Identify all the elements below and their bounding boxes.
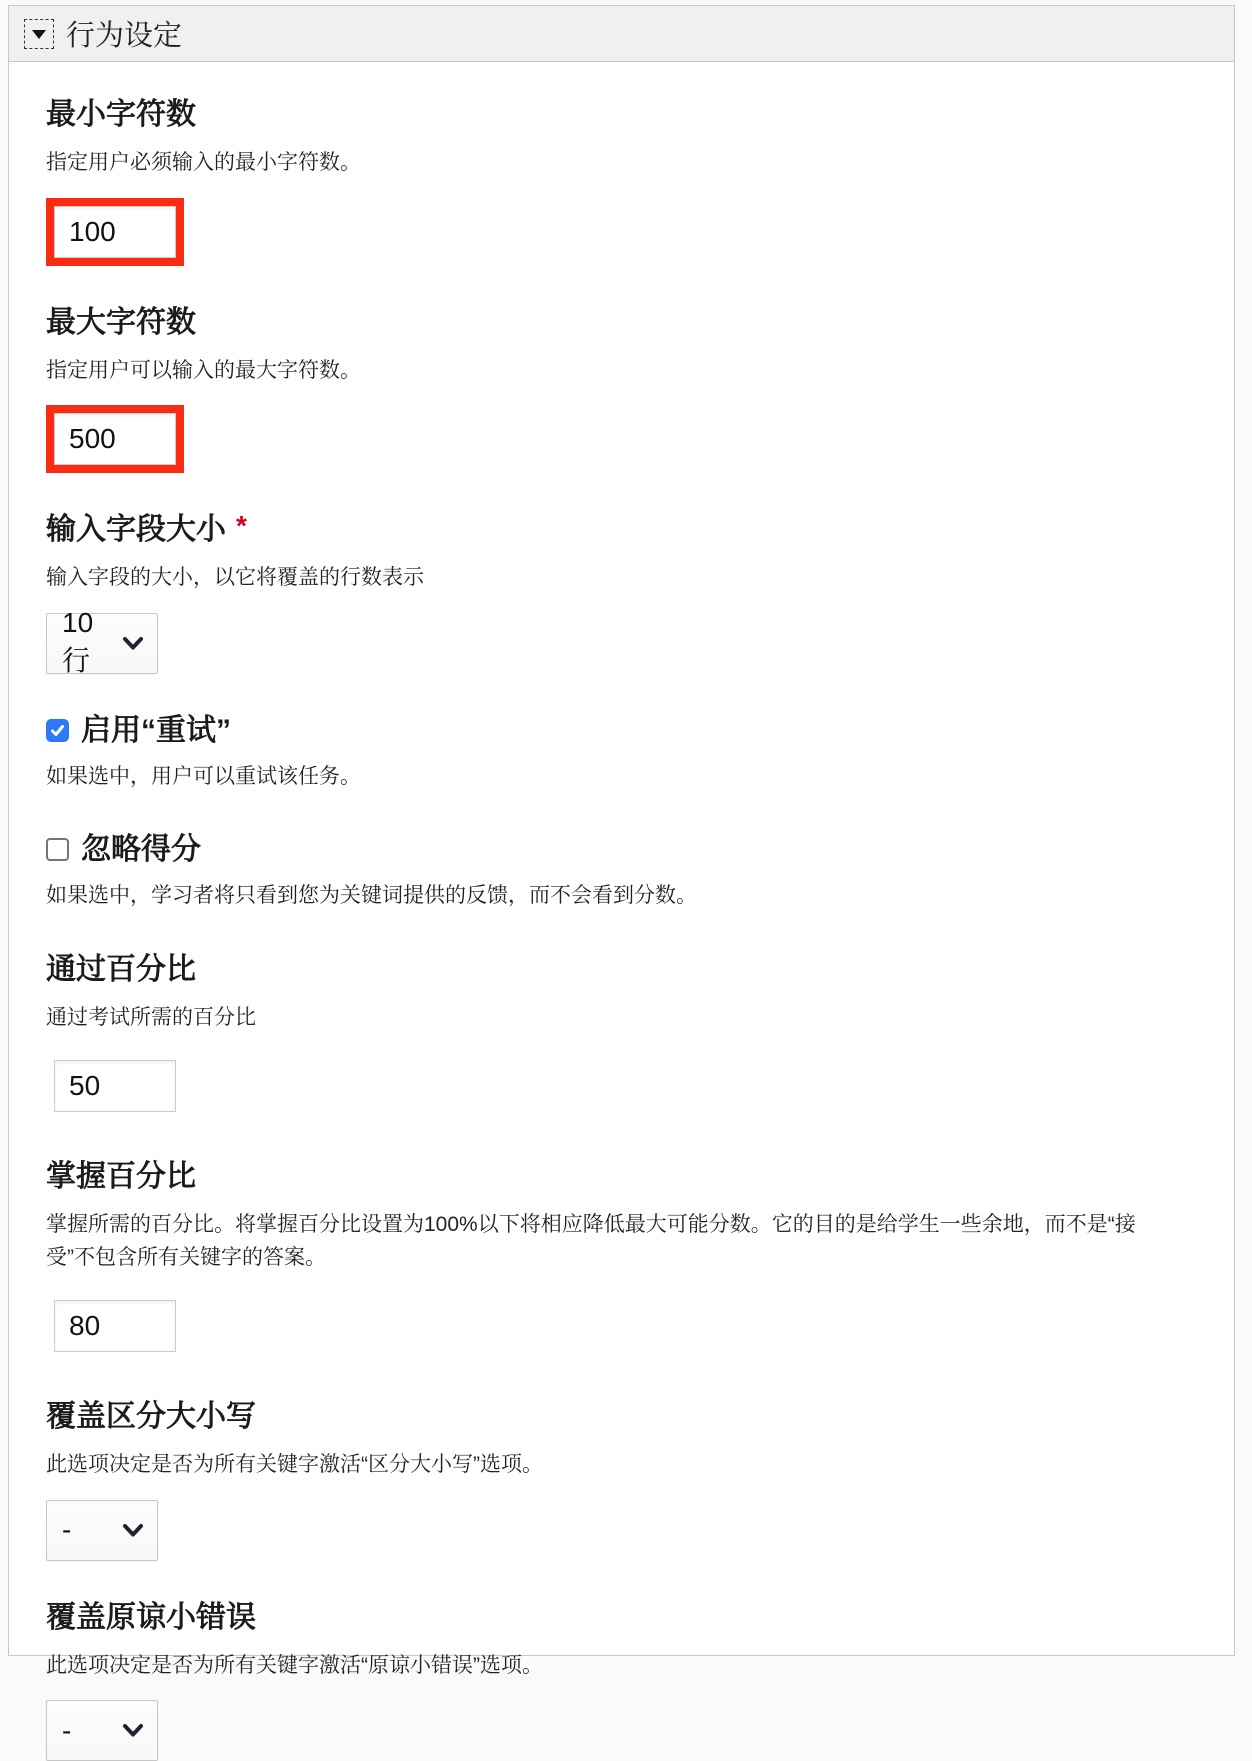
fieldset-legend: 行为设定 <box>9 6 1234 62</box>
field-description: 如果选中，用户可以重试该任务。 <box>46 761 1168 794</box>
field-label: 最小字符数 <box>46 98 1194 131</box>
annotation-highlight-frame <box>46 1292 184 1360</box>
field-description: 指定用户可以输入的最大字符数。 <box>46 355 1168 388</box>
field-enable-retry: 启用“重试” 如果选中，用户可以重试该任务。 <box>46 714 1194 794</box>
field-label: 最大字符数 <box>46 306 1194 339</box>
select-value: 10行 <box>62 607 114 679</box>
field-pass-percentage: 通过百分比 通过考试所需的百分比 <box>46 953 1194 1121</box>
fieldset-content: 最小字符数 指定用户必须输入的最小字符数。 最大字符数 指定用户可以输入的最大字… <box>9 62 1234 1656</box>
annotation-highlight-frame <box>46 405 184 473</box>
field-description: 输入字段的大小，以它将覆盖的行数表示 <box>46 562 1168 595</box>
collapse-toggle-button[interactable] <box>24 19 54 49</box>
select-value: - <box>62 1514 71 1546</box>
field-description: 此选项决定是否为所有关键字激活“原谅小错误”选项。 <box>46 1650 1168 1656</box>
field-min-characters: 最小字符数 指定用户必须输入的最小字符数。 <box>46 98 1194 266</box>
field-label: 掌握百分比 <box>46 1160 1194 1193</box>
chevron-down-icon <box>122 636 144 651</box>
behavior-settings-fieldset: 行为设定 最小字符数 指定用户必须输入的最小字符数。 最大字符数 指定用户可以输… <box>8 5 1235 1656</box>
annotation-highlight-frame <box>46 1052 184 1120</box>
checkbox-row: 忽略得分 <box>46 833 1194 866</box>
max-characters-input[interactable] <box>54 413 176 465</box>
checkmark-icon <box>49 722 66 739</box>
field-description: 指定用户必须输入的最小字符数。 <box>46 147 1168 180</box>
annotation-highlight-frame <box>46 198 184 266</box>
field-description: 掌握所需的百分比。将掌握百分比设置为100%以下将相应降低最大可能分数。它的目的… <box>46 1209 1168 1274</box>
checkbox-row: 启用“重试” <box>46 714 1194 747</box>
pass-percentage-input[interactable] <box>54 1060 176 1112</box>
field-label: 输入字段大小 * <box>46 513 1194 546</box>
field-label: 通过百分比 <box>46 953 1194 986</box>
field-override-forgive-minor-errors: 覆盖原谅小错误 此选项决定是否为所有关键字激活“原谅小错误”选项。 - <box>46 1601 1194 1656</box>
chevron-down-icon <box>122 1523 144 1538</box>
ignore-score-checkbox[interactable] <box>46 838 69 861</box>
field-label: 覆盖区分大小写 <box>46 1400 1194 1433</box>
field-description: 如果选中，学习者将只看到您为关键词提供的反馈，而不会看到分数。 <box>46 880 1168 913</box>
field-description: 通过考试所需的百分比 <box>46 1002 1168 1035</box>
checkbox-label[interactable]: 启用“重试” <box>81 714 231 747</box>
field-label: 覆盖原谅小错误 <box>46 1601 1194 1634</box>
input-field-size-select[interactable]: 10行 <box>46 613 158 674</box>
field-description: 此选项决定是否为所有关键字激活“区分大小写”选项。 <box>46 1449 1168 1482</box>
mastery-percentage-input[interactable] <box>54 1300 176 1352</box>
field-override-case-sensitivity: 覆盖区分大小写 此选项决定是否为所有关键字激活“区分大小写”选项。 - <box>46 1400 1194 1561</box>
required-marker: * <box>236 511 247 542</box>
field-ignore-score: 忽略得分 如果选中，学习者将只看到您为关键词提供的反馈，而不会看到分数。 <box>46 833 1194 913</box>
field-input-field-size: 输入字段大小 * 输入字段的大小，以它将覆盖的行数表示 10行 <box>46 513 1194 674</box>
enable-retry-checkbox[interactable] <box>46 719 69 742</box>
checkbox-label[interactable]: 忽略得分 <box>81 833 201 866</box>
field-mastery-percentage: 掌握百分比 掌握所需的百分比。将掌握百分比设置为100%以下将相应降低最大可能分… <box>46 1160 1194 1360</box>
field-max-characters: 最大字符数 指定用户可以输入的最大字符数。 <box>46 306 1194 474</box>
triangle-down-icon <box>32 30 46 39</box>
override-case-sensitivity-select[interactable]: - <box>46 1500 158 1561</box>
min-characters-input[interactable] <box>54 206 176 258</box>
fieldset-title[interactable]: 行为设定 <box>66 13 182 54</box>
